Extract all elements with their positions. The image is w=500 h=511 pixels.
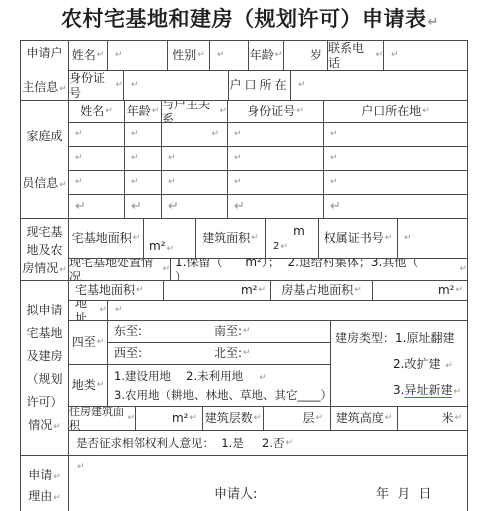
option-text-disposal: 1.保留（ m²）； 2.退给村集体；3.其他（ ）↵ [171,259,468,281]
unit-floor: 层 [302,411,314,426]
pilcrow-mark: ↵ [234,200,245,213]
unit-age: 岁 [310,48,322,63]
pilcrow-mark: ↵ [259,373,267,383]
pilcrow-mark: ↵ [59,84,67,94]
pilcrow-mark: ↵ [77,463,85,472]
field-label-residence: 户口所在 [229,71,291,101]
pilcrow-mark: ↵ [75,178,83,187]
family-row-cell[interactable]: ↵ [162,195,228,219]
unit-meter: 米 [441,411,453,426]
field-label-cert-number: 权属证书号↵ [319,219,398,259]
section-label-family: 家庭成 员信息↵ [21,101,69,219]
family-row-cell[interactable]: ↵ [162,123,228,147]
pilcrow-mark: ↵ [219,107,227,116]
field-label-id-number: 身份证号↵ [69,71,124,101]
family-header-relation: 与户主关系↵ [162,101,228,123]
pilcrow-mark: ↵ [243,349,251,358]
pilcrow-mark: ↵ [136,286,144,295]
pilcrow-mark: ↵ [115,51,123,60]
pilcrow-mark: ↵ [97,381,105,390]
field-label-current-area: 宅基地面积↵ [69,219,144,259]
input-cell-height[interactable]: 米↵ [398,407,468,431]
family-row-cell[interactable]: ↵ [324,123,468,147]
family-row-cell[interactable]: ↵ [69,147,125,171]
pilcrow-mark: ↵ [97,338,105,347]
field-label-east: 东至: [108,324,214,339]
pilcrow-mark: ↵ [53,472,61,482]
pilcrow-mark: ↵ [445,361,453,371]
family-row-cell[interactable]: ↵ [162,147,228,171]
input-cell-building-area[interactable]: m 2↵ [266,219,319,259]
field-label-north: 北至: [214,346,242,361]
family-row-cell[interactable]: ↵ [228,171,324,195]
input-cell-residence[interactable]: ↵ [291,71,468,101]
pilcrow-mark: ↵ [258,286,266,295]
pilcrow-mark: ↵ [168,154,176,163]
option-text-new-site: 异址新建 [404,383,452,398]
pilcrow-mark: ↵ [167,245,175,254]
field-label-land-type: 地类↵ [69,365,108,407]
pilcrow-mark: ↵ [133,234,141,243]
input-cell-name[interactable]: ↵ [108,41,168,71]
field-label-name: 姓名↵ [69,41,108,71]
unit-2: 2 [273,241,279,252]
pilcrow-mark: ↵ [53,493,61,503]
family-row-cell[interactable]: ↵ [228,195,324,219]
pilcrow-mark: ↵ [454,414,462,423]
pilcrow-mark: ↵ [428,15,439,30]
pilcrow-mark: ↵ [385,414,393,423]
pilcrow-mark: ↵ [131,81,139,90]
family-header-age: 年龄↵ [125,101,162,123]
family-row-cell[interactable]: ↵ [69,195,125,219]
pilcrow-mark: ↵ [59,180,67,190]
input-cell-id-number[interactable]: ↵ [124,71,229,101]
pilcrow-mark: ↵ [354,286,362,295]
field-label-gender: 性别↵ [168,41,210,71]
pilcrow-mark: ↵ [330,200,341,213]
family-row-cell[interactable]: ↵ [69,171,125,195]
form-page: 农村宅基地和建房（规划许可）申请表↵ 申请户 主信息↵ 姓名↵ ↵ 性别↵ ↵ … [0,0,500,511]
field-label-floors: 建筑层数↵ [203,407,264,431]
pilcrow-mark: ↵ [385,234,393,243]
pilcrow-mark: ↵ [330,130,338,139]
option-text-building-type: 建房类型：1.原址翻建 2.改扩建 ↵ 3.异址新建↵ [331,321,468,407]
family-row-cell[interactable]: ↵ [228,147,324,171]
pilcrow-mark: ↵ [296,107,304,116]
unit-m2: m² [149,239,166,254]
family-header-id: 身份证号↵ [228,101,324,123]
pilcrow-mark: ↵ [275,51,283,60]
family-row-cell[interactable]: ↵ [324,147,468,171]
option-text-neighbor-consent: 是否征求相邻权利人意见： 1.是 2.否↵ [69,431,468,456]
pilcrow-mark: ↵ [168,178,176,187]
family-row-cell[interactable]: ↵ [162,171,228,195]
pilcrow-mark: ↵ [234,178,242,187]
pilcrow-mark: ↵ [53,422,61,432]
input-cell-current-area[interactable]: m²↵ [144,219,196,259]
pilcrow-mark: ↵ [152,107,160,116]
unit-m2: m² [172,411,189,426]
section-label-applicant: 申请户 主信息↵ [21,41,69,101]
date-label: 年 月 日 [376,487,432,503]
input-cell-address[interactable]: ↵ [108,301,468,321]
input-cell-house-area[interactable]: m²↵ [136,407,203,431]
pilcrow-mark: ↵ [168,200,179,213]
input-cell-age[interactable]: 岁 [284,41,328,71]
field-label-house-area: 住房建筑面积↵ [69,407,136,431]
section-label-reason: 申请↵ 理由↵ [21,456,69,511]
pilcrow-mark: ↵ [404,234,412,243]
pilcrow-mark: ↵ [97,51,105,60]
unit-m2: m² [438,283,455,298]
pilcrow-mark: ↵ [243,327,251,336]
pilcrow-mark: ↵ [422,107,430,116]
pilcrow-mark: ↵ [459,265,467,274]
pilcrow-mark: ↵ [391,51,399,60]
pilcrow-mark: ↵ [131,154,139,163]
pilcrow-mark: ↵ [189,414,197,423]
field-label-proposed-area: 宅基地面积↵ [69,281,164,301]
input-cell-cert-number[interactable]: ↵ [398,219,468,259]
family-row-cell[interactable]: ↵ [125,123,162,147]
pilcrow-mark: ↵ [131,130,139,139]
pilcrow-mark: ↵ [455,286,463,295]
pilcrow-mark: ↵ [99,306,107,315]
pilcrow-mark: ↵ [254,414,262,423]
applicant-signature-label: 申请人: [214,487,257,503]
field-label-south: 南至: [214,324,242,339]
pilcrow-mark: ↵ [75,200,86,213]
family-row-cell[interactable]: ↵ [324,195,468,219]
input-cell-reason[interactable]: ↵ 申请人: 年 月 日 [69,456,468,511]
pilcrow-mark: ↵ [162,265,170,274]
field-label-west: 西至: [108,346,214,361]
form-title: 农村宅基地和建房（规划许可）申请表↵ [0,3,500,33]
unit-m2: m² [241,283,258,298]
field-label-height: 建筑高度↵ [331,407,398,431]
input-cell-gender[interactable]: ↵ [210,41,249,71]
pilcrow-mark: ↵ [330,154,338,163]
field-label-bounds: 四至↵ [69,321,108,365]
pilcrow-mark: ↵ [217,51,225,60]
pilcrow-mark: ↵ [453,387,461,397]
pilcrow-mark: ↵ [375,51,383,60]
family-row-cell[interactable]: ↵ [324,171,468,195]
input-cell-floors[interactable]: 层↵ [264,407,331,431]
input-cell-footprint-area[interactable]: m²↵ [373,281,468,301]
pilcrow-mark: ↵ [75,130,83,139]
unit-m: m [266,223,318,239]
pilcrow-mark: ↵ [211,130,219,139]
field-label-age: 年龄↵ [249,41,284,71]
pilcrow-mark: ↵ [315,414,323,423]
field-label-address: 地址↵ [69,301,108,321]
input-cell-bounds-west-north[interactable]: 西至: 北至:↵ [108,343,331,365]
field-label-footprint-area: 房基占地面积↵ [271,281,373,301]
pilcrow-mark: ↵ [234,154,242,163]
pilcrow-mark: ↵ [105,107,113,116]
pilcrow-mark: ↵ [251,234,259,243]
pilcrow-mark: ↵ [127,414,135,423]
pilcrow-mark: ↵ [115,306,123,315]
family-row-cell[interactable]: ↵ [125,195,162,219]
pilcrow-mark: ↵ [75,154,83,163]
pilcrow-mark: ↵ [286,439,294,448]
family-header-residence: 户口所在地↵ [324,101,468,123]
field-label-phone: 联系电话↵ [328,41,384,71]
family-row-cell[interactable]: ↵ [69,123,125,147]
field-label-building-area: 建筑面积↵ [196,219,266,259]
form-title-text: 农村宅基地和建房（规划许可）申请表 [61,7,427,31]
pilcrow-mark: ↵ [330,178,338,187]
pilcrow-mark: ↵ [59,265,67,275]
pilcrow-mark: ↵ [298,81,306,90]
input-cell-proposed-area[interactable]: m²↵ [164,281,271,301]
section-label-current: 现宅基 地及农 房情况↵ [21,219,69,281]
option-text-land-type: 1.建设用地 2.未利用地 ↵ 3.农用地（耕地、林地、草地、其它____） [108,365,331,407]
family-row-cell[interactable]: ↵ [125,147,162,171]
field-label-disposal: 现宅基地处置情况↵ [69,259,171,281]
family-row-cell[interactable]: ↵ [125,171,162,195]
pilcrow-mark: ↵ [131,178,139,187]
pilcrow-mark: ↵ [115,81,123,90]
pilcrow-mark: ↵ [131,200,142,213]
section-label-proposed: 拟申请 宅基地 及建房 （规划 许可） 情况↵ [21,281,69,456]
family-row-cell[interactable]: ↵ [228,123,324,147]
application-table: 申请户 主信息↵ 姓名↵ ↵ 性别↵ ↵ 年龄↵ 岁 联系电话↵ ↵ 身份证号↵… [20,40,468,511]
family-header-name: 姓名↵ [69,101,125,123]
pilcrow-mark: ↵ [280,242,288,252]
input-cell-phone[interactable]: ↵ [384,41,468,71]
pilcrow-mark: ↵ [197,51,205,60]
pilcrow-mark: ↵ [234,130,242,139]
input-cell-bounds-east-south[interactable]: 东至: 南至:↵ [108,321,331,343]
